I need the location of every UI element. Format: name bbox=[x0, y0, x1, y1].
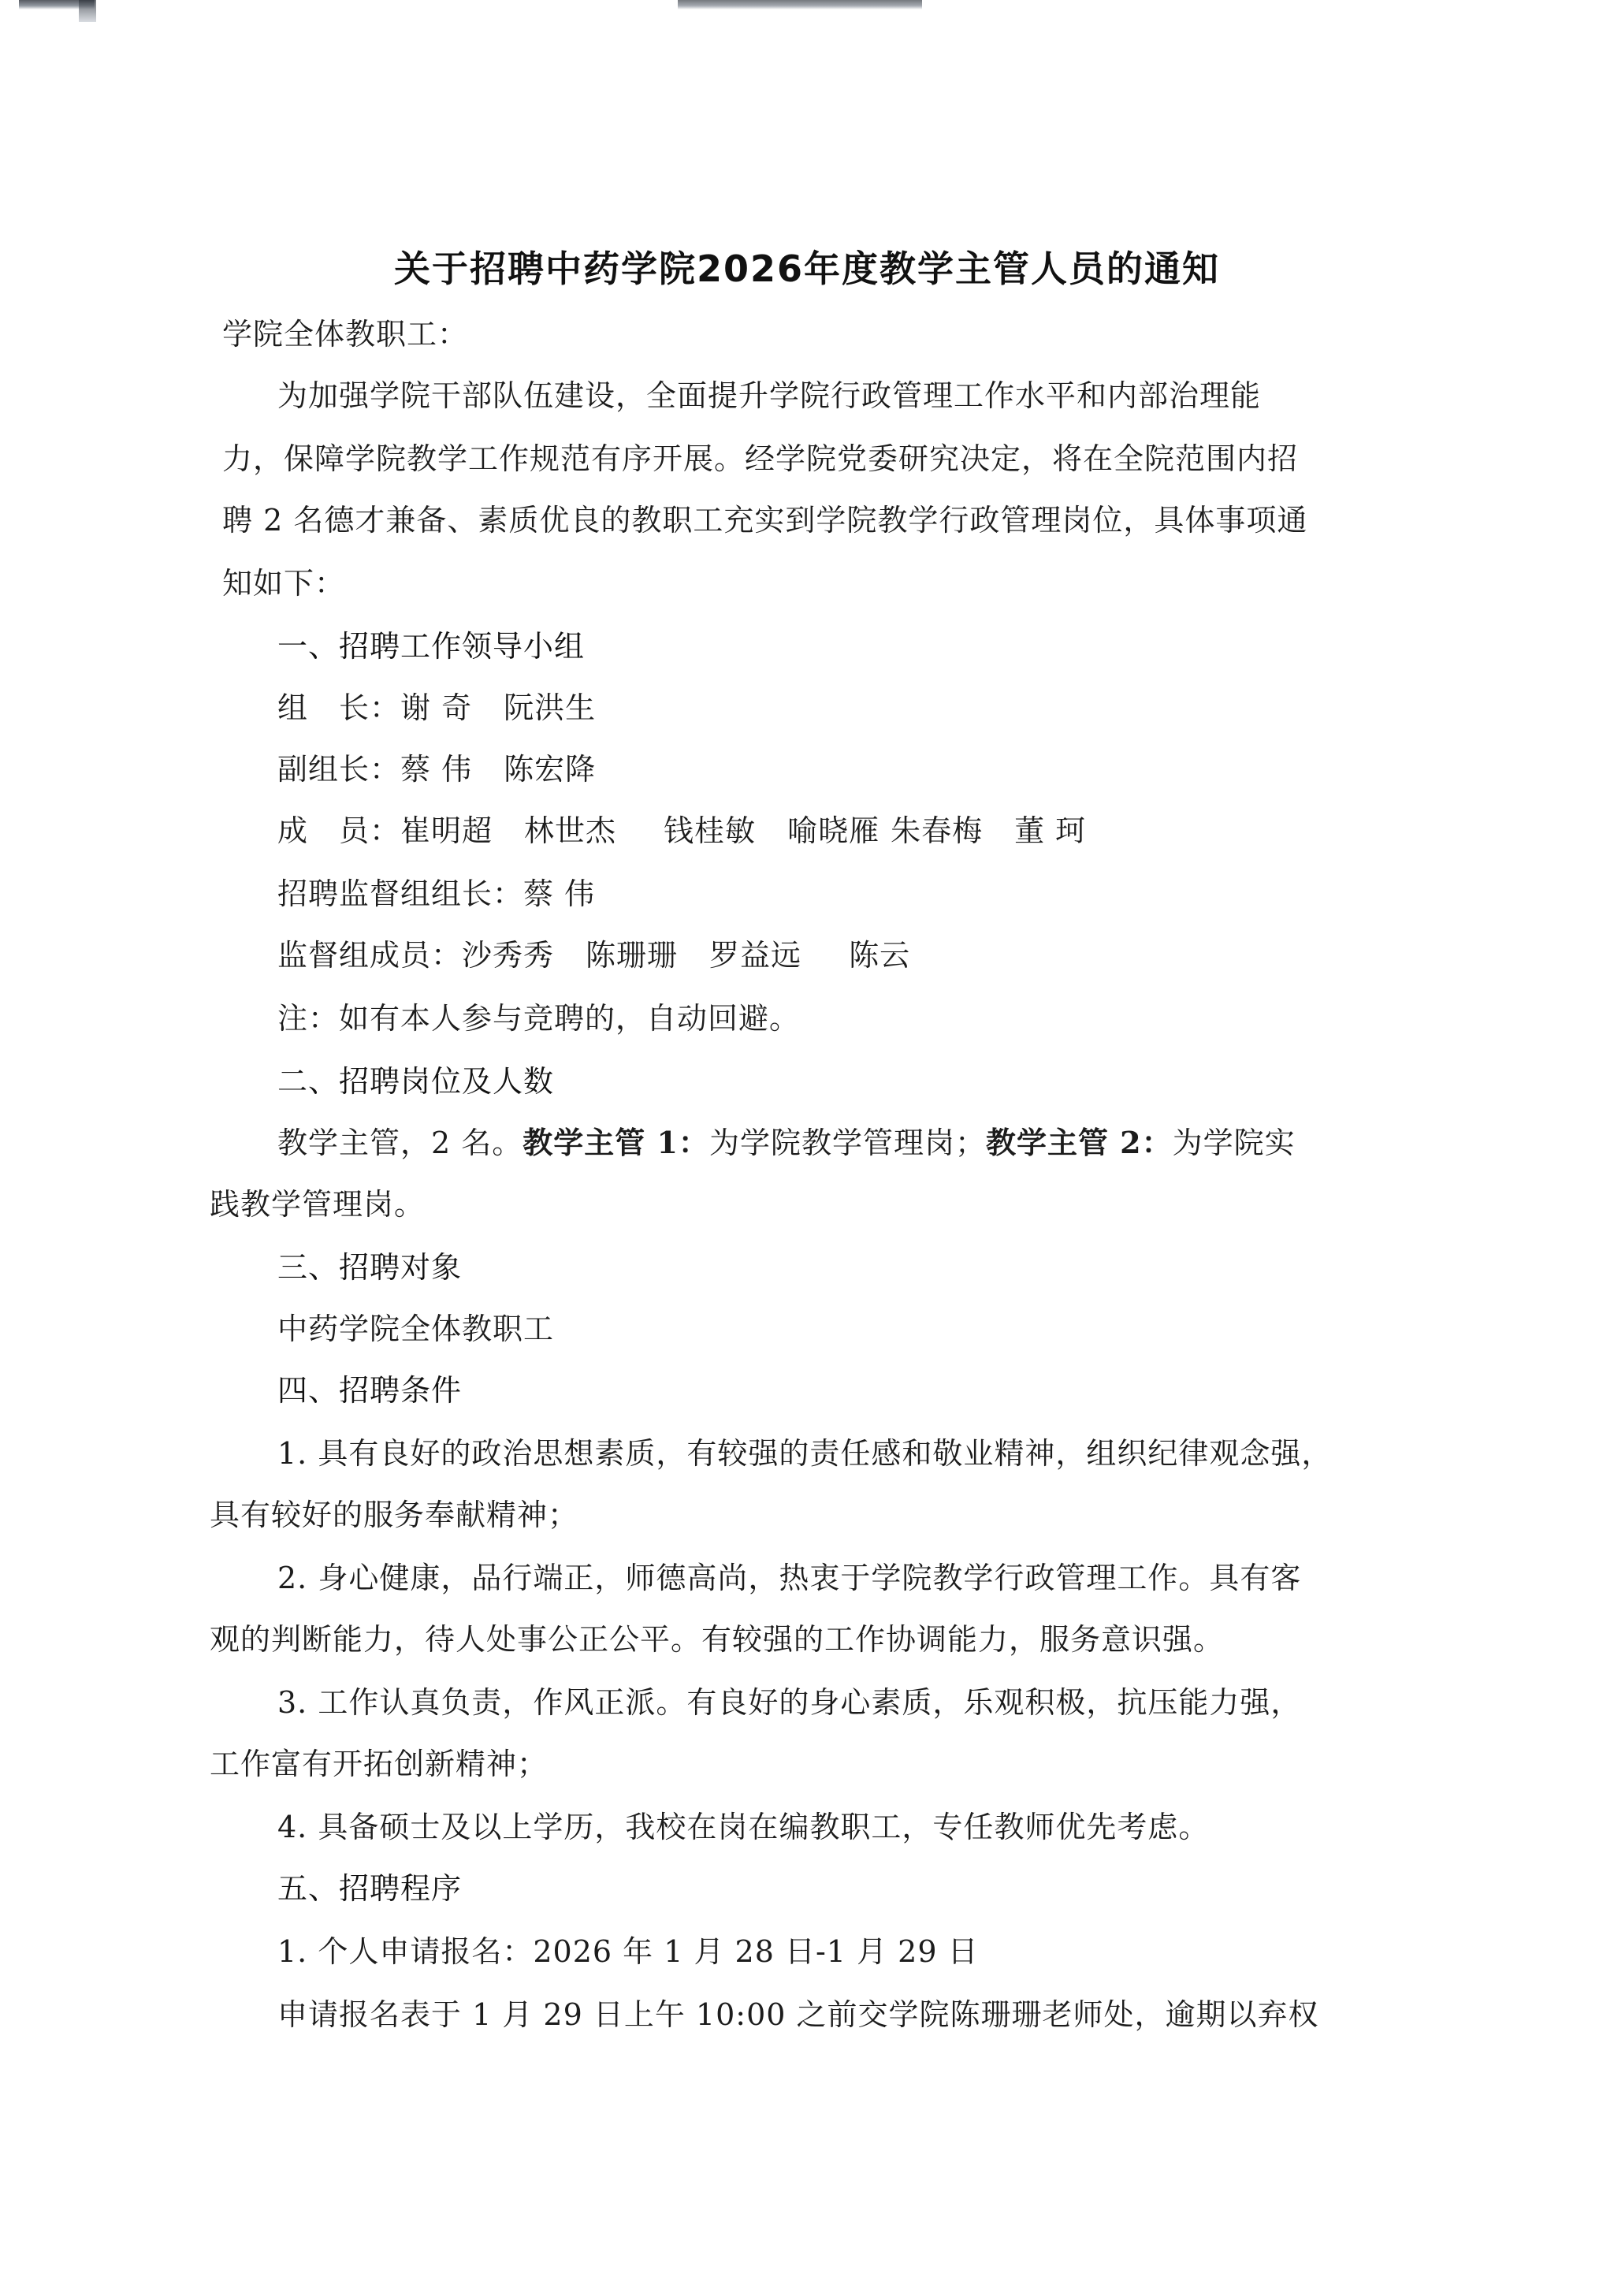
condition-3-line-1: 3. 工作认真负责，作风正派。有良好的身心素质，乐观积极，抗压能力强， bbox=[277, 1684, 1301, 1721]
member-name: 林世杰 bbox=[524, 813, 616, 848]
condition-4: 4. 具备硕士及以上学历，我校在岗在编教职工，专任教师优先考虑。 bbox=[277, 1808, 1209, 1846]
intro-line-2: 力，保障学院教学工作规范有序开展。经学院党委研究决定，将在全院范围内招 bbox=[222, 440, 1298, 478]
section-heading-5: 五、招聘程序 bbox=[277, 1870, 462, 1907]
section-heading-1: 一、招聘工作领导小组 bbox=[277, 627, 585, 665]
salutation: 学院全体教职工： bbox=[222, 315, 468, 353]
scan-artifact bbox=[79, 0, 96, 22]
deputy-row: 副组长：蔡 伟陈宏降 bbox=[277, 750, 596, 788]
scan-artifact bbox=[678, 0, 922, 9]
position-1-label: 教学主管 1： bbox=[523, 1125, 709, 1160]
supervisor-name: 沙秀秀 bbox=[462, 938, 554, 973]
supervisor-lead-label: 招聘监督组组长： bbox=[277, 876, 523, 911]
supervisor-name: 陈云 bbox=[849, 938, 910, 973]
deputy-name: 陈宏降 bbox=[504, 752, 596, 787]
positions-line-1: 教学主管，2 名。教学主管 1：为学院教学管理岗；教学主管 2：为学院实 bbox=[277, 1124, 1296, 1162]
leader-label: 组 长： bbox=[277, 690, 400, 725]
supervisor-lead-name: 蔡 伟 bbox=[523, 876, 595, 911]
leader-name: 阮洪生 bbox=[504, 690, 596, 725]
intro-line-3: 聘 2 名德才兼备、素质优良的教职工充实到学院教学行政管理岗位，具体事项通 bbox=[222, 501, 1307, 539]
section-heading-3: 三、招聘对象 bbox=[277, 1248, 462, 1286]
supervisor-lead-row: 招聘监督组组长：蔡 伟 bbox=[277, 875, 595, 913]
recusal-note: 注：如有本人参与竞聘的，自动回避。 bbox=[277, 999, 800, 1037]
intro-line-4: 知如下： bbox=[222, 564, 345, 602]
member-name: 崔明超 bbox=[400, 813, 493, 848]
leader-name: 谢 奇 bbox=[400, 690, 472, 725]
deputy-name: 蔡 伟 bbox=[400, 752, 472, 787]
position-2-label: 教学主管 2： bbox=[986, 1125, 1173, 1160]
condition-1-line-2: 具有较好的服务奉献精神； bbox=[210, 1496, 578, 1534]
members-row: 成 员：崔明超林世杰钱桂敏喻晓雁朱春梅董 珂 bbox=[277, 812, 1086, 850]
positions-text: 教学主管，2 名。 bbox=[277, 1126, 523, 1160]
condition-2-line-1: 2. 身心健康，品行端正，师德高尚，热衷于学院教学行政管理工作。具有客 bbox=[277, 1559, 1301, 1597]
member-name: 董 珂 bbox=[1014, 813, 1086, 848]
leader-row: 组 长：谢 奇阮洪生 bbox=[277, 689, 596, 727]
supervisors-label: 监督组成员： bbox=[277, 938, 462, 973]
member-name: 喻晓雁 bbox=[787, 813, 880, 848]
target-text: 中药学院全体教职工 bbox=[277, 1310, 554, 1348]
position-1-desc: 为学院教学管理岗； bbox=[709, 1126, 986, 1160]
intro-line-1: 为加强学院干部队伍建设，全面提升学院行政管理工作水平和内部治理能 bbox=[277, 377, 1261, 415]
supervisors-row: 监督组成员：沙秀秀陈珊珊罗益远陈云 bbox=[277, 936, 910, 974]
supervisor-name: 陈珊珊 bbox=[586, 938, 678, 973]
member-name: 朱春梅 bbox=[891, 813, 983, 848]
deputy-label: 副组长： bbox=[277, 752, 400, 787]
positions-line-2: 践教学管理岗。 bbox=[210, 1185, 425, 1223]
condition-2-line-2: 观的判断能力，待人处事公正公平。有较强的工作协调能力，服务意识强。 bbox=[210, 1621, 1224, 1658]
position-2-desc: 为学院实 bbox=[1173, 1126, 1296, 1160]
section-heading-2: 二、招聘岗位及人数 bbox=[277, 1062, 554, 1100]
section-heading-4: 四、招聘条件 bbox=[277, 1371, 462, 1409]
procedure-step-1: 1. 个人申请报名：2026 年 1 月 28 日-1 月 29 日 bbox=[277, 1933, 979, 1970]
condition-3-line-2: 工作富有开拓创新精神； bbox=[210, 1745, 548, 1783]
condition-1-line-1: 1. 具有良好的政治思想素质，有较强的责任感和敬业精神，组织纪律观念强， bbox=[277, 1435, 1332, 1472]
supervisor-name: 罗益远 bbox=[709, 938, 801, 973]
member-name: 钱桂敏 bbox=[664, 813, 756, 848]
document-title: 关于招聘中药学院2026年度教学主管人员的通知 bbox=[0, 240, 1614, 292]
procedure-step-1-detail: 申请报名表于 1 月 29 日上午 10:00 之前交学院陈珊珊老师处，逾期以弃… bbox=[277, 1996, 1319, 2034]
members-label: 成 员： bbox=[277, 813, 400, 848]
